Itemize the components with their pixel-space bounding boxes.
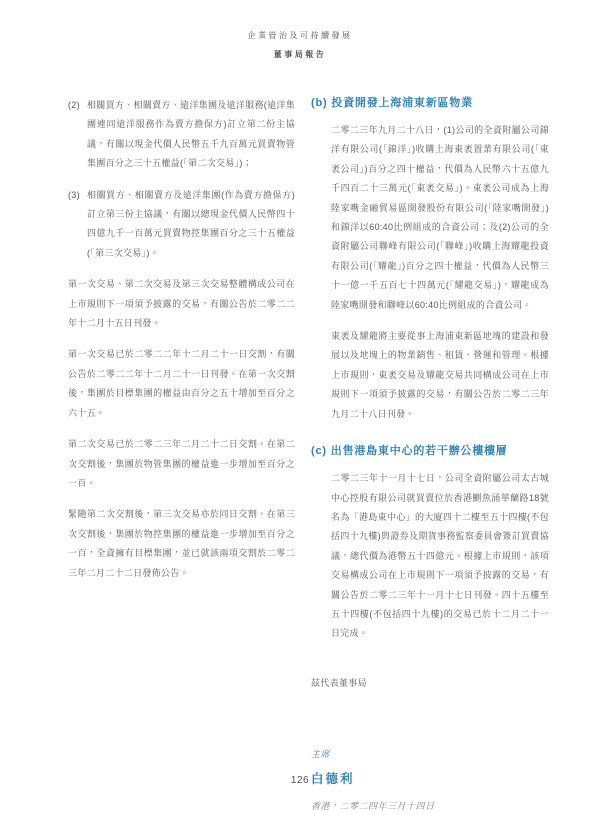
body-paragraph: 第二次交易已於二零二三年二月二十二日交割。在第二次交割後，集團於物管集團的權益進… — [68, 435, 295, 493]
list-item-text: 相關買方、相關賣方及遠洋集團(作為賣方擔保方)訂立第三份主協議，有關以總現金代價… — [87, 186, 295, 264]
signature-place-date: 香港，二零二四年三月十四日 — [311, 797, 549, 814]
board-closing-line: 茲代表董事局 — [311, 674, 549, 693]
section-marker: (c) — [311, 445, 327, 457]
body-paragraph: 二零二三年九月二十八日，(1)公司的全資附屬公司錦洋有限公司(「錦洋」)收購上海… — [311, 121, 549, 315]
list-item-marker: (3) — [68, 186, 87, 264]
section-heading: (b) 投資開發上海浦東新區物業 — [311, 96, 549, 111]
left-column: (2) 相關買方、相關賣方、遠洋集團及遠洋服務(遠洋集團連同遠洋服務作為賣方擔保… — [68, 96, 295, 814]
section-heading-text: 出售港島東中心的若干辦公樓樓層 — [331, 445, 508, 457]
report-subtitle: 董事局報告 — [0, 49, 600, 61]
list-item-marker: (2) — [68, 96, 87, 174]
section-heading-text: 投資開發上海浦東新區物業 — [331, 97, 473, 109]
list-item: (3) 相關買方、相關賣方及遠洋集團(作為賣方擔保方)訂立第三份主協議，有關以總… — [68, 186, 295, 264]
page-footer: 126 — [0, 775, 600, 786]
report-section-title: 企業管治及可持續發展 — [0, 30, 600, 42]
list-item-text: 相關買方、相關賣方、遠洋集團及遠洋服務(遠洋集團連同遠洋服務作為賣方擔保方)訂立… — [87, 96, 295, 174]
body-paragraph: 第一次交易已於二零二二年十二月二十一日交割，有關公告於二零二二年十二月二十一日刊… — [68, 345, 295, 423]
signatory-title: 主席 — [311, 745, 549, 764]
section-heading: (c) 出售港島東中心的若干辦公樓樓層 — [311, 444, 549, 459]
right-column: (b) 投資開發上海浦東新區物業 二零二三年九月二十八日，(1)公司的全資附屬公… — [311, 96, 549, 814]
two-column-body: (2) 相關買方、相關賣方、遠洋集團及遠洋服務(遠洋集團連同遠洋服務作為賣方擔保… — [68, 96, 549, 814]
body-paragraph: 第一次交易、第二次交易及第三次交易整體構成公司在上市規則下一項須予披露的交易，有… — [68, 275, 295, 333]
section-b: (b) 投資開發上海浦東新區物業 二零二三年九月二十八日，(1)公司的全資附屬公… — [311, 96, 549, 424]
body-paragraph: 緊隨第二次交割後，第三次交易亦於同日交割。在第三次交割後，集團於物控集團的權益進… — [68, 505, 295, 583]
page-number: 126 — [0, 775, 600, 786]
body-paragraph: 二零二三年十一月十七日，公司全資附屬公司太古城中心控股有限公司就買賣位於香港鰂魚… — [311, 469, 549, 644]
running-head: 企業管治及可持續發展 董事局報告 — [0, 30, 600, 61]
report-page: 企業管治及可持續發展 董事局報告 (2) 相關買方、相關賣方、遠洋集團及遠洋服務… — [0, 0, 600, 814]
section-c: (c) 出售港島東中心的若干辦公樓樓層 二零二三年十一月十七日，公司全資附屬公司… — [311, 444, 549, 644]
list-item: (2) 相關買方、相關賣方、遠洋集團及遠洋服務(遠洋集團連同遠洋服務作為賣方擔保… — [68, 96, 295, 174]
body-paragraph: 東袤及耀龍將主要從事上海浦東新區地塊的建設和發展以及地塊上的物業銷售、租賃、營運… — [311, 327, 549, 424]
section-marker: (b) — [311, 97, 327, 109]
